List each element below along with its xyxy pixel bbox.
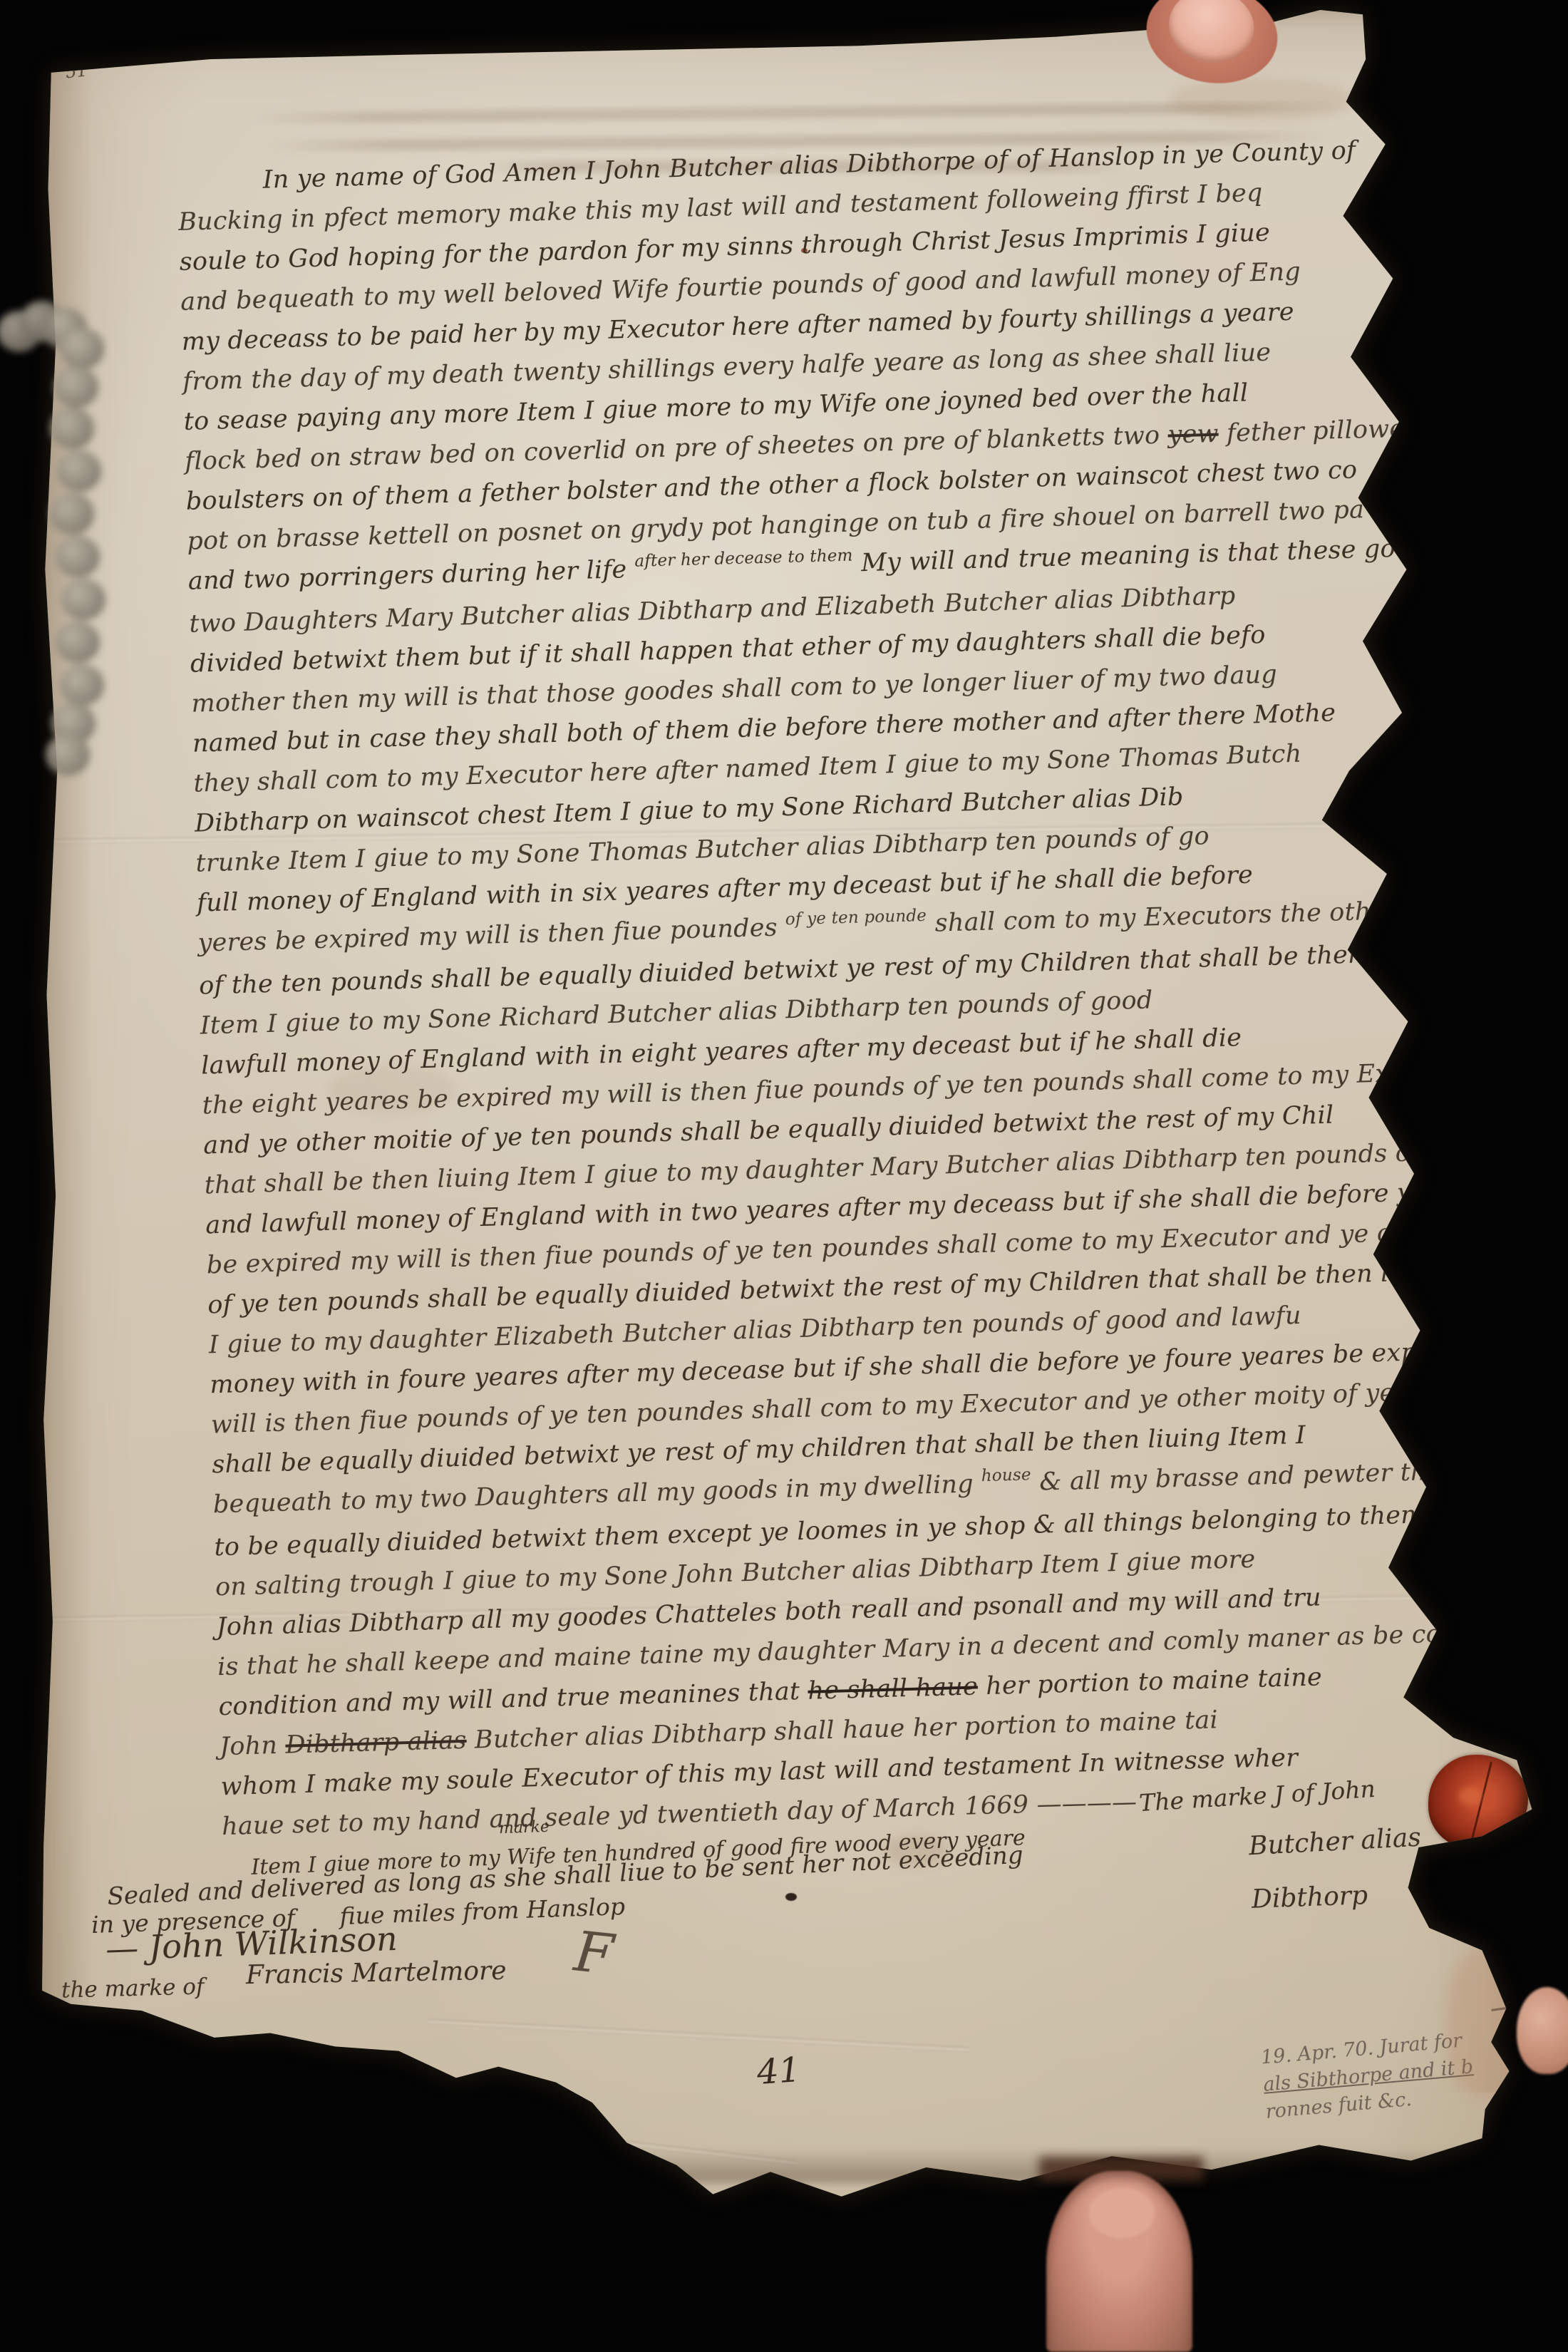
struck-text: her portion to maintaine her <box>1472 1609 1568 1648</box>
text-segment: her portion to maine taine <box>977 1663 1322 1701</box>
struck-text: Dibtharp alias <box>285 1726 467 1760</box>
text-segment: John <box>220 1731 286 1761</box>
bottom-edge-shadow <box>242 2148 1497 2182</box>
text-segment: fether pillowes <box>1218 414 1418 448</box>
fold-crease <box>428 2018 969 2053</box>
interlinear-insert: after her decease to them <box>634 547 853 571</box>
chain-bead <box>57 450 101 492</box>
ink-blot <box>785 1893 797 1901</box>
document-paper-wrapper: 51 In ye name of God Amen I John Butcher… <box>29 10 1539 2248</box>
chain-bead <box>54 366 98 408</box>
testator-signature-line1: Butcher alias <box>1248 1823 1422 1862</box>
ink-mark: 41 <box>755 2050 802 2093</box>
photo-background: 51 In ye name of God Amen I John Butcher… <box>0 0 1568 2352</box>
finger-nail <box>1089 2188 1155 2238</box>
struck-text: of ye <box>1405 894 1468 924</box>
struck-text: yew <box>1167 420 1219 450</box>
inserted-word: marke <box>499 1818 550 1837</box>
text-segment: shall com to my Executors the other <box>927 897 1406 938</box>
struck-text: he shall haue <box>808 1672 979 1705</box>
chain-bead <box>46 734 90 775</box>
chain-bead <box>50 493 94 535</box>
chain-bead <box>56 621 100 663</box>
probate-annotation: 19. Apr. 70. Jurat for als Sibthorpe and… <box>1260 2026 1477 2125</box>
witness-pen-mark: F <box>571 1919 616 1987</box>
chain-bead <box>61 579 105 620</box>
chain-bead <box>50 408 94 449</box>
text-segment: and two porringers during her life <box>187 555 635 596</box>
interlinear-insert: of ye ten pounde <box>785 907 927 929</box>
testator-signature-line2: Dibthorp <box>1251 1881 1368 1914</box>
chain-bead <box>60 328 104 369</box>
document-paper: 51 In ye name of God Amen I John Butcher… <box>29 10 1539 2248</box>
interlinear-insert: house <box>981 1465 1031 1485</box>
corner-warm-tint <box>1447 1949 1539 2098</box>
chain-bead <box>60 664 104 706</box>
wax-seal <box>1428 1755 1528 1849</box>
finger-bottom-center <box>1039 2157 1203 2352</box>
witness-name-francis-martelmore: Francis Martelmore <box>246 1956 507 1990</box>
will-text-block: In ye name of God Amen I John Butcher al… <box>177 128 1497 1847</box>
wax-seal-glint <box>1458 1787 1482 1805</box>
chain-bead <box>56 536 100 577</box>
text-segment: & all my brasse and pewter tha <box>1031 1458 1442 1497</box>
chain-blur <box>0 298 114 768</box>
